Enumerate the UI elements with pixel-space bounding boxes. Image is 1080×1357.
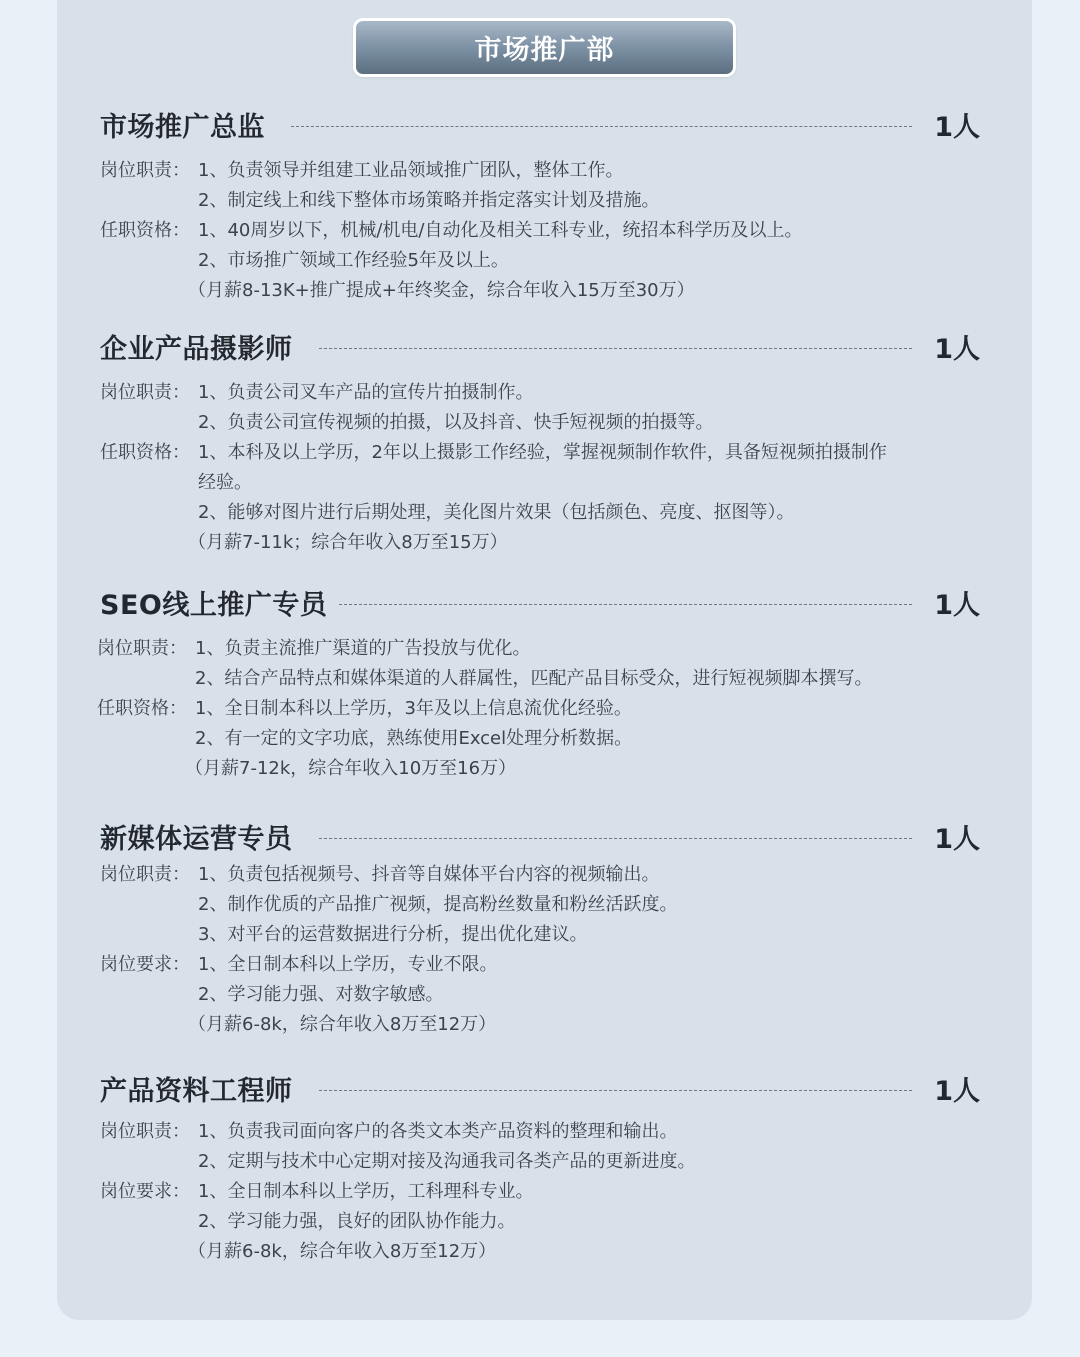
row-text: 3、对平台的运营数据进行分析，提出优化建议。	[198, 920, 980, 950]
row-text: 2、定期与技术中心定期对接及沟通我司各类产品的更新进度。	[198, 1147, 980, 1177]
detail-row: 岗位职责：1、负责领导并组建工业品领域推广团队，整体工作。	[100, 156, 980, 186]
job-title: 产品资料工程师	[100, 1069, 293, 1108]
detail-row: 岗位职责：1、负责主流推广渠道的广告投放与优化。	[97, 634, 980, 664]
row-text: 2、结合产品特点和媒体渠道的人群属性，匹配产品目标受众，进行短视频脚本撰写。	[195, 664, 980, 694]
detail-row: 岗位职责：1、负责包括视频号、抖音等自媒体平台内容的视频输出。	[100, 860, 980, 890]
row-text: 1、本科及以上学历，2年以上摄影工作经验，掌握视频制作软件，具备短视频拍摄制作	[198, 438, 980, 468]
detail-row: 2、学习能力强，良好的团队协作能力。	[100, 1207, 980, 1237]
row-text: 2、有一定的文字功底，熟练使用Excel处理分析数据。	[195, 724, 980, 754]
row-label: 岗位职责：	[97, 634, 195, 664]
job-section-new-media-operator: 新媒体运营专员 1人 岗位职责：1、负责包括视频号、抖音等自媒体平台内容的视频输…	[100, 816, 980, 1040]
row-label	[97, 664, 195, 694]
salary-line: （月薪7-12k，综合年收入10万至16万）	[97, 754, 980, 784]
salary-line: （月薪7-11k；综合年收入8万至15万）	[100, 528, 980, 558]
job-details: 岗位职责：1、负责领导并组建工业品领域推广团队，整体工作。 2、制定线上和线下整…	[100, 156, 980, 306]
detail-row: 2、市场推广领域工作经验5年及以上。	[100, 246, 980, 276]
row-label	[100, 890, 198, 920]
job-title: 新媒体运营专员	[100, 817, 293, 856]
job-details: 岗位职责：1、负责包括视频号、抖音等自媒体平台内容的视频输出。 2、制作优质的产…	[100, 860, 980, 1040]
row-label: 岗位职责：	[100, 156, 198, 186]
job-section-seo-specialist: SEO线上推广专员 1人 岗位职责：1、负责主流推广渠道的广告投放与优化。 2、…	[100, 582, 980, 784]
job-title: 市场推广总监	[100, 105, 265, 144]
salary-line: （月薪6-8k，综合年收入8万至12万）	[100, 1237, 980, 1267]
row-text: 1、全日制本科以上学历，3年及以上信息流优化经验。	[195, 694, 980, 724]
job-title: SEO线上推广专员	[100, 583, 327, 622]
headcount: 1人	[934, 817, 980, 856]
job-header: 新媒体运营专员 1人	[100, 816, 980, 856]
job-section-product-photographer: 企业产品摄影师 1人 岗位职责：1、负责公司叉车产品的宣传片拍摄制作。 2、负责…	[100, 326, 980, 558]
row-label	[100, 498, 198, 528]
row-text: 1、负责主流推广渠道的广告投放与优化。	[195, 634, 980, 664]
job-header: 企业产品摄影师 1人	[100, 326, 980, 366]
detail-row: 2、学习能力强、对数字敏感。	[100, 980, 980, 1010]
row-label	[100, 408, 198, 438]
job-header: 市场推广总监 1人	[100, 104, 980, 144]
job-section-marketing-director: 市场推广总监 1人 岗位职责：1、负责领导并组建工业品领域推广团队，整体工作。 …	[100, 104, 980, 306]
row-label	[97, 724, 195, 754]
salary-line: （月薪6-8k，综合年收入8万至12万）	[100, 1010, 980, 1040]
row-text: 2、负责公司宣传视频的拍摄，以及抖音、快手短视频的拍摄等。	[198, 408, 980, 438]
row-text: 2、能够对图片进行后期处理，美化图片效果（包括颜色、亮度、抠图等）。	[198, 498, 980, 528]
row-text: 1、40周岁以下，机械/机电/自动化及相关工科专业，统招本科学历及以上。	[198, 216, 980, 246]
job-header: SEO线上推广专员 1人	[100, 582, 980, 622]
row-label	[100, 980, 198, 1010]
job-title: 企业产品摄影师	[100, 327, 293, 366]
row-text: 1、负责公司叉车产品的宣传片拍摄制作。	[198, 378, 980, 408]
row-label: 任职资格：	[100, 438, 198, 468]
department-banner: 市场推广部	[353, 18, 736, 77]
row-text: 2、制定线上和线下整体市场策略并指定落实计划及措施。	[198, 186, 980, 216]
row-label: 岗位职责：	[100, 378, 198, 408]
detail-row: 岗位要求：1、全日制本科以上学历，专业不限。	[100, 950, 980, 980]
dashed-leader	[319, 1090, 913, 1091]
job-header: 产品资料工程师 1人	[100, 1068, 980, 1108]
salary-line: （月薪8-13K+推广提成+年终奖金，综合年收入15万至30万）	[100, 276, 980, 306]
row-label	[100, 920, 198, 950]
row-label: 岗位职责：	[100, 860, 198, 890]
detail-row: 2、能够对图片进行后期处理，美化图片效果（包括颜色、亮度、抠图等）。	[100, 498, 980, 528]
dashed-leader	[291, 126, 912, 127]
row-label: 任职资格：	[100, 216, 198, 246]
detail-row: 任职资格：1、40周岁以下，机械/机电/自动化及相关工科专业，统招本科学历及以上…	[100, 216, 980, 246]
detail-row: 任职资格：1、本科及以上学历，2年以上摄影工作经验，掌握视频制作软件，具备短视频…	[100, 438, 980, 468]
row-text: 2、制作优质的产品推广视频，提高粉丝数量和粉丝活跃度。	[198, 890, 980, 920]
detail-row: 2、制定线上和线下整体市场策略并指定落实计划及措施。	[100, 186, 980, 216]
detail-row: 经验。	[100, 468, 980, 498]
row-label	[100, 1147, 198, 1177]
detail-row: 任职资格：1、全日制本科以上学历，3年及以上信息流优化经验。	[97, 694, 980, 724]
row-label	[100, 468, 198, 498]
detail-row: 3、对平台的运营数据进行分析，提出优化建议。	[100, 920, 980, 950]
row-text: 2、市场推广领域工作经验5年及以上。	[198, 246, 980, 276]
detail-row: 2、结合产品特点和媒体渠道的人群属性，匹配产品目标受众，进行短视频脚本撰写。	[97, 664, 980, 694]
headcount: 1人	[934, 1069, 980, 1108]
department-title: 市场推广部	[475, 28, 615, 67]
job-section-product-documentation-engineer: 产品资料工程师 1人 岗位职责：1、负责我司面向客户的各类文本类产品资料的整理和…	[100, 1068, 980, 1267]
row-text: 1、负责包括视频号、抖音等自媒体平台内容的视频输出。	[198, 860, 980, 890]
detail-row: 2、负责公司宣传视频的拍摄，以及抖音、快手短视频的拍摄等。	[100, 408, 980, 438]
dashed-leader	[319, 838, 913, 839]
job-details: 岗位职责：1、负责主流推广渠道的广告投放与优化。 2、结合产品特点和媒体渠道的人…	[97, 634, 980, 784]
row-text: 1、全日制本科以上学历，工科理科专业。	[198, 1177, 980, 1207]
row-label	[100, 246, 198, 276]
job-details: 岗位职责：1、负责公司叉车产品的宣传片拍摄制作。 2、负责公司宣传视频的拍摄，以…	[100, 378, 980, 558]
detail-row: 2、有一定的文字功底，熟练使用Excel处理分析数据。	[97, 724, 980, 754]
row-text: 经验。	[198, 468, 980, 498]
row-text: 1、全日制本科以上学历，专业不限。	[198, 950, 980, 980]
row-text: 2、学习能力强，良好的团队协作能力。	[198, 1207, 980, 1237]
row-label: 岗位要求：	[100, 950, 198, 980]
dashed-leader	[339, 604, 912, 605]
row-label: 任职资格：	[97, 694, 195, 724]
headcount: 1人	[934, 327, 980, 366]
headcount: 1人	[934, 583, 980, 622]
detail-row: 岗位职责：1、负责我司面向客户的各类文本类产品资料的整理和输出。	[100, 1117, 980, 1147]
row-label	[100, 186, 198, 216]
detail-row: 2、制作优质的产品推广视频，提高粉丝数量和粉丝活跃度。	[100, 890, 980, 920]
detail-row: 岗位要求：1、全日制本科以上学历，工科理科专业。	[100, 1177, 980, 1207]
job-details: 岗位职责：1、负责我司面向客户的各类文本类产品资料的整理和输出。 2、定期与技术…	[100, 1117, 980, 1267]
row-label: 岗位职责：	[100, 1117, 198, 1147]
detail-row: 岗位职责：1、负责公司叉车产品的宣传片拍摄制作。	[100, 378, 980, 408]
row-text: 1、负责我司面向客户的各类文本类产品资料的整理和输出。	[198, 1117, 980, 1147]
dashed-leader	[319, 348, 913, 349]
detail-row: 2、定期与技术中心定期对接及沟通我司各类产品的更新进度。	[100, 1147, 980, 1177]
row-text: 2、学习能力强、对数字敏感。	[198, 980, 980, 1010]
headcount: 1人	[934, 105, 980, 144]
row-label	[100, 1207, 198, 1237]
row-label: 岗位要求：	[100, 1177, 198, 1207]
row-text: 1、负责领导并组建工业品领域推广团队，整体工作。	[198, 156, 980, 186]
